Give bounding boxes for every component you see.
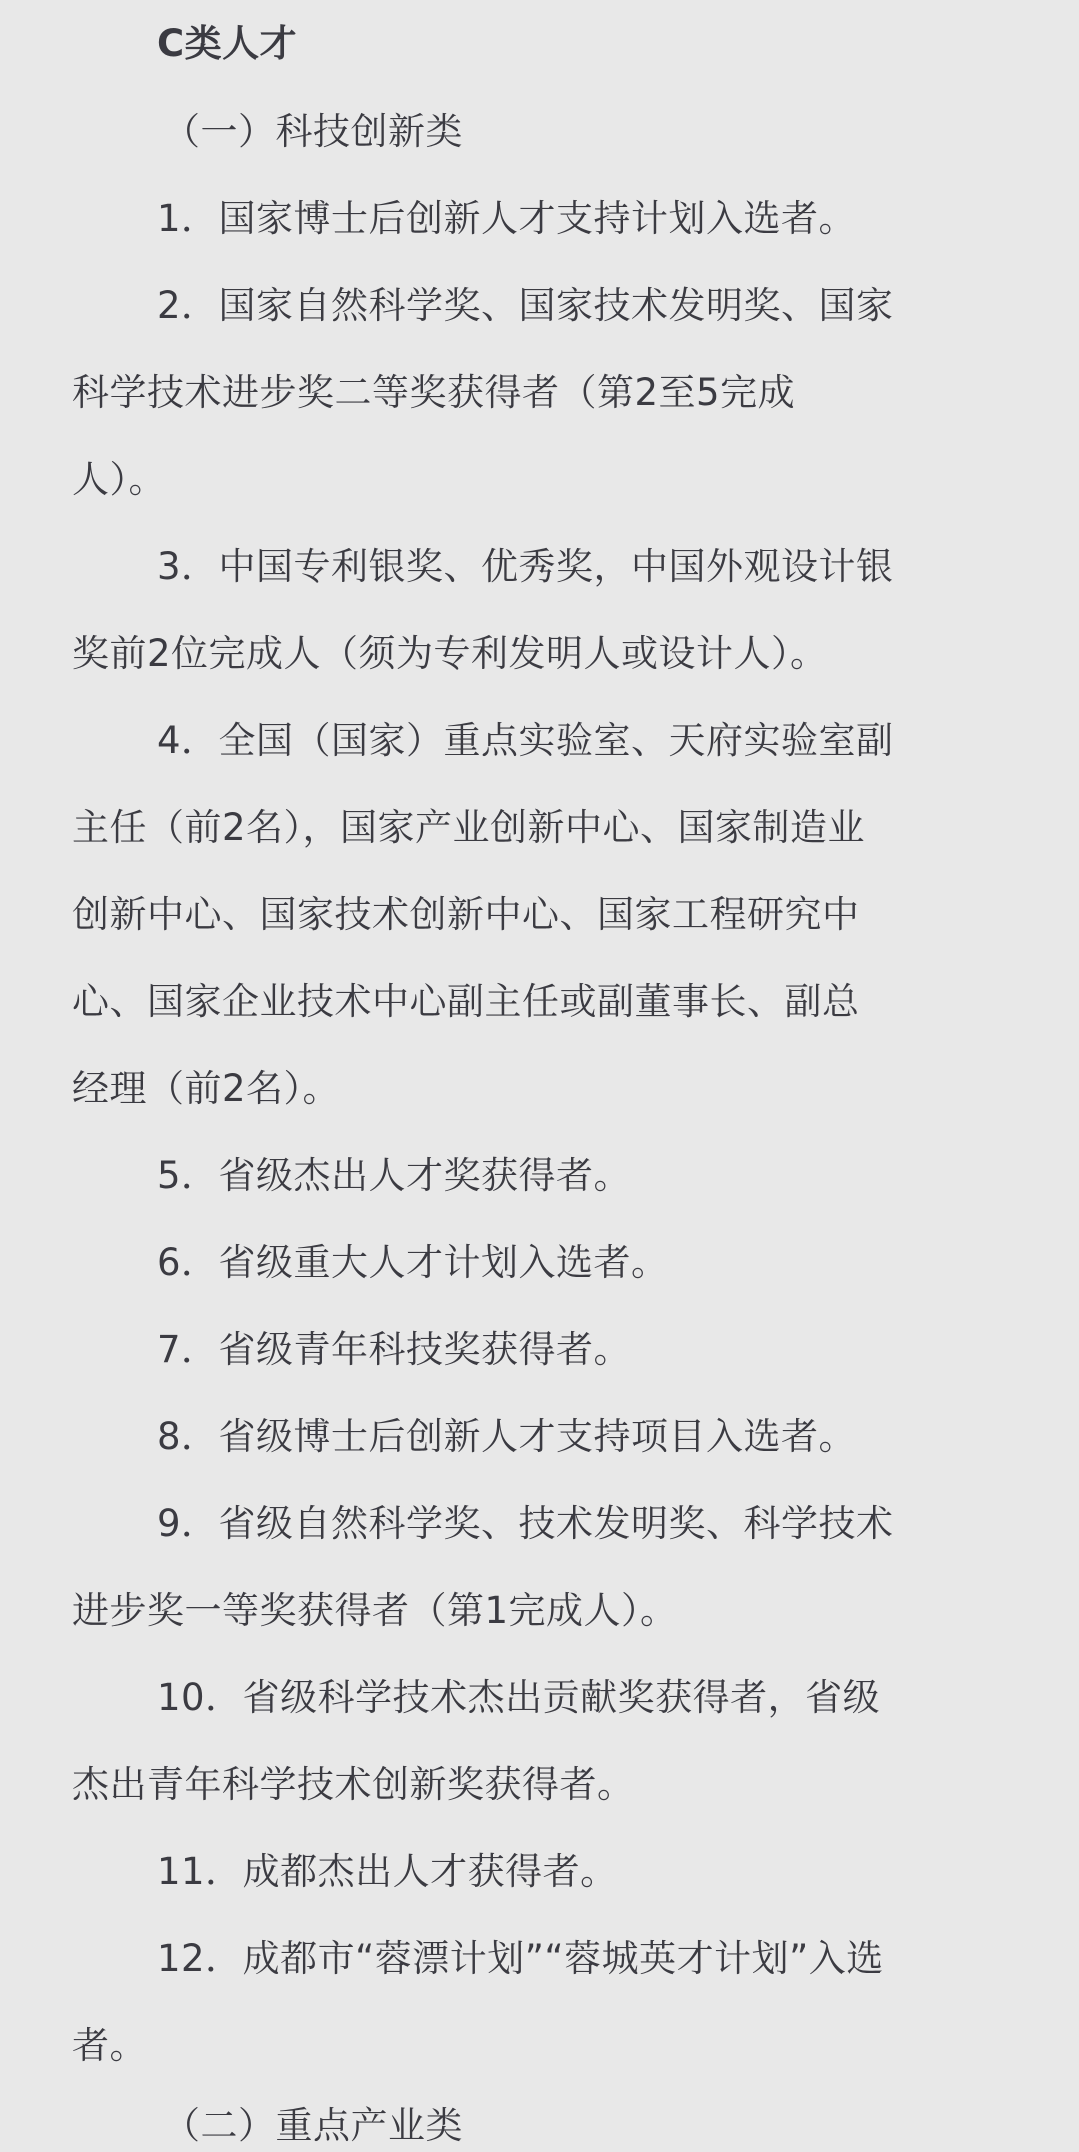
list-item-continuation: 人）。 [72, 458, 166, 502]
list-item-continuation: 者。 [72, 2024, 147, 2068]
list-item: 4．全国（国家）重点实验室、天府实验室副 [157, 719, 894, 763]
section-heading: （二）重点产业类 [163, 2104, 463, 2148]
section-heading: （一）科技创新类 [163, 110, 463, 154]
list-item: 6．省级重大人才计划入选者。 [157, 1241, 669, 1285]
list-item-continuation: 进步奖一等奖获得者（第1完成人）。 [72, 1589, 678, 1633]
list-item: 10．省级科学技术杰出贡献奖获得者，省级 [157, 1676, 880, 1720]
list-item: 8．省级博士后创新人才支持项目入选者。 [157, 1415, 856, 1459]
list-item-continuation: 创新中心、国家技术创新中心、国家工程研究中 [72, 893, 860, 937]
list-item-continuation: 主任（前2名），国家产业创新中心、国家制造业 [72, 806, 865, 850]
list-item: 12．成都市“蓉漂计划”“蓉城英才计划”入选 [157, 1937, 884, 1981]
list-item-continuation: 奖前2位完成人（须为专利发明人或设计人）。 [72, 632, 828, 676]
document: C类人才 （一）科技创新类 1．国家博士后创新人才支持计划入选者。 2．国家自然… [0, 0, 1079, 2152]
list-item: 3．中国专利银奖、优秀奖，中国外观设计银 [157, 545, 894, 589]
list-item-continuation: 科学技术进步奖二等奖获得者（第2至5完成 [72, 371, 795, 415]
list-item: 7．省级青年科技奖获得者。 [157, 1328, 631, 1372]
list-item: 5．省级杰出人才奖获得者。 [157, 1154, 631, 1198]
list-item-continuation: 杰出青年科学技术创新奖获得者。 [72, 1763, 635, 1807]
list-item: 1．国家博士后创新人才支持计划入选者。 [157, 197, 856, 241]
page-title: C类人才 [157, 22, 297, 66]
list-item: 9．省级自然科学奖、技术发明奖、科学技术 [157, 1502, 894, 1546]
list-item-continuation: 心、国家企业技术中心副主任或副董事长、副总 [72, 980, 860, 1024]
list-item: 11．成都杰出人才获得者。 [157, 1850, 618, 1894]
list-item: 2．国家自然科学奖、国家技术发明奖、国家 [157, 284, 894, 328]
list-item-continuation: 经理（前2名）。 [72, 1067, 340, 1111]
